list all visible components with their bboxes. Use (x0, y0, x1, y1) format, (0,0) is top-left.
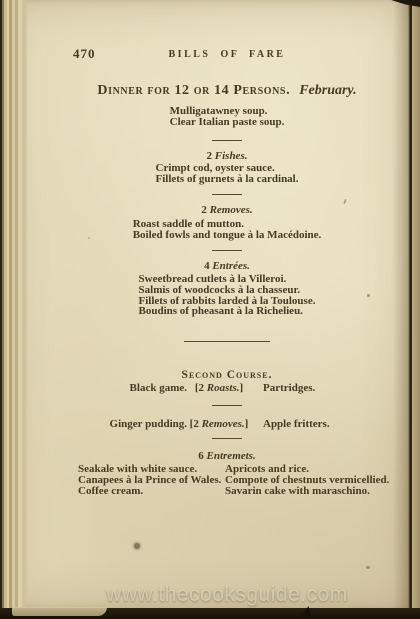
second-course-row: Black game. [2 Roasts.] Partridges. (75, 382, 375, 394)
entrees-heading: 4 Entrées. (34, 260, 420, 272)
entremets-heading: 6 Entremets. (34, 450, 420, 462)
second-course-heading: Second Course. (34, 369, 420, 381)
entremets-right-column: Apricots and rice. Compote of chestnuts … (225, 464, 420, 496)
removes-section: Roast saddle of mutton. Boiled fowls and… (34, 219, 420, 243)
entrees-section: Sweetbread cutlets à la Villeroi. Salmis… (34, 274, 420, 319)
menu-title-month: February. (299, 83, 356, 98)
section-divider (212, 405, 242, 406)
removes-heading: 2 Removes. (34, 204, 420, 216)
menu-item: Savarin cake with maraschino. (225, 486, 420, 497)
menu-item: Ginger pudding. (75, 418, 187, 430)
roasts-label: [2 Roasts.] (187, 382, 251, 394)
entremets-section: Seakale with white sauce. Canapees à la … (78, 464, 420, 496)
menu-item: Black game. (75, 382, 187, 394)
running-header: BILLS OF FARE (34, 49, 420, 60)
binding-edge (0, 0, 28, 611)
removes-label: [2 Removes.] (187, 418, 251, 430)
printed-content: 470 BILLS OF FARE Dinner for 12 or 14 Pe… (34, 0, 420, 619)
course-count: 4 (204, 260, 210, 272)
course-divider (184, 341, 270, 342)
book-page-photo: 470 BILLS OF FARE Dinner for 12 or 14 Pe… (0, 0, 420, 619)
section-divider (212, 438, 242, 439)
section-divider (212, 250, 242, 251)
course-count: 2 (201, 204, 207, 216)
menu-item: Coffee cream. (78, 486, 225, 497)
menu-item: Boiled fowls and tongue à la Macédoine. (133, 230, 322, 241)
menu-item: Canapees à la Prince of Wales. (78, 475, 225, 486)
menu-title-main: Dinner for 12 or 14 Persons. (97, 83, 290, 98)
soups-section: Mulligatawney soup. Clear Italian paste … (34, 106, 420, 130)
menu-item: Clear Italian paste soup. (170, 117, 285, 128)
section-divider (212, 194, 242, 195)
course-name: Fishes. (215, 150, 248, 162)
second-course-row: Ginger pudding. [2 Removes.] Apple fritt… (75, 418, 375, 430)
menu-item: Partridges. (251, 382, 375, 394)
course-name: Entremets. (207, 450, 256, 462)
section-divider (212, 140, 242, 141)
menu-item: Boudins of pheasant à la Richelieu. (139, 306, 316, 317)
menu-item: Compote of chestnuts vermicellied. (225, 475, 420, 486)
course-count: 6 (198, 450, 204, 462)
fishes-section: Crimpt cod, oyster sauce. Fillets of gur… (34, 163, 420, 187)
course-name: Removes. (210, 204, 253, 216)
watermark-text: www.thecooksguide.com (34, 583, 420, 607)
course-name: Entrées. (212, 260, 250, 272)
entremets-left-column: Seakale with white sauce. Canapees à la … (78, 464, 225, 496)
menu-item: Salmis of woodcocks à la chasseur. (139, 285, 316, 296)
menu-title: Dinner for 12 or 14 Persons.February. (34, 83, 420, 99)
menu-item: Apple fritters. (251, 418, 375, 430)
fishes-heading: 2 Fishes. (34, 150, 420, 162)
course-count: 2 (207, 150, 213, 162)
menu-item: Fillets of gurnets à la cardinal. (156, 174, 299, 185)
